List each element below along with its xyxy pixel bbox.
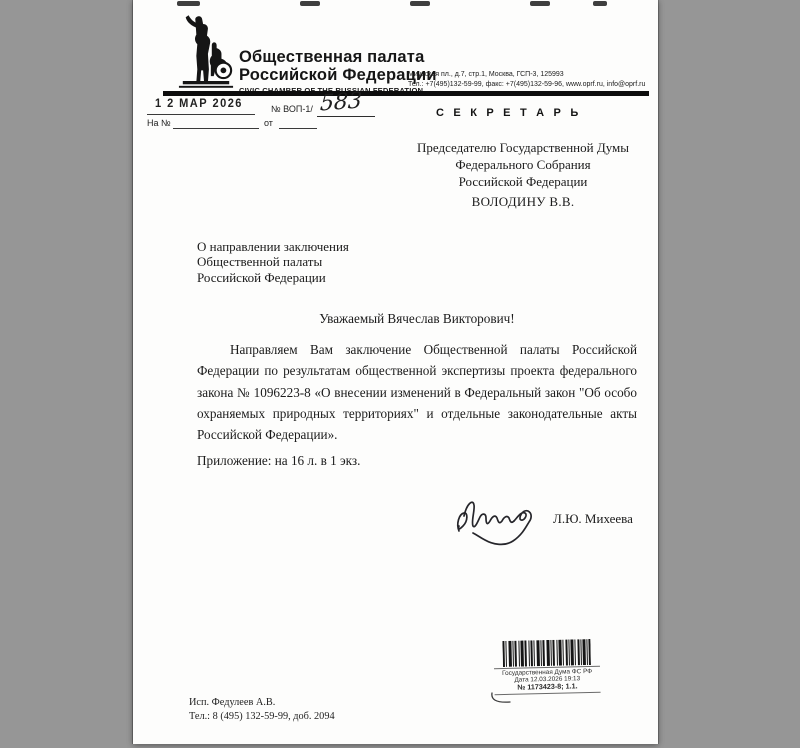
outgoing-number-prefix: № ВОП-1/ <box>271 104 313 114</box>
secretary-title: С Е К Р Е Т А Р Ь <box>436 107 581 119</box>
scan-artifact <box>177 1 200 6</box>
addressee-line: Федерального Собрания <box>395 156 651 173</box>
number-line <box>317 116 375 117</box>
letter-page: Общественная палата Российской Федерации… <box>133 0 658 744</box>
subject-block: О направлении заключения Общественной па… <box>197 239 349 285</box>
executor-phone: Тел.: 8 (495) 132-59-99, доб. 2094 <box>189 710 335 724</box>
addressee-block: Председателю Государственной Думы Федера… <box>395 139 651 190</box>
body-line: охраняемых природных территориях" и отде… <box>197 403 637 424</box>
body-line: Направляем Вам заключение Общественной п… <box>197 339 637 360</box>
incoming-date-stamp: 1 2 МАР 2026 <box>155 98 243 110</box>
scanned-letter-screenshot: { "colors": { "background": "#969696", "… <box>0 0 800 748</box>
subject-line: Общественной палаты <box>197 254 349 269</box>
duma-registration-stamp: Государственная Дума ФС РФ Дата 12.03.20… <box>493 639 600 696</box>
reply-date-line <box>279 128 317 129</box>
reply-from-label: от <box>264 118 273 128</box>
body-line: Федерации по результатам общественной эк… <box>197 360 637 381</box>
reply-number-label: На № <box>147 118 171 128</box>
org-name-ru-line1: Общественная палата <box>239 49 437 67</box>
subject-line: Российской Федерации <box>197 270 349 285</box>
attachment-note: Приложение: на 16 л. в 1 экз. <box>197 453 360 469</box>
body-line: закона № 1096223-8 «О внесении изменений… <box>197 382 637 403</box>
scan-artifact <box>530 1 550 6</box>
subject-line: О направлении заключения <box>197 239 349 254</box>
pen-check-mark-icon <box>489 692 515 705</box>
salutation: Уважаемый Вячеслав Викторович! <box>197 311 637 327</box>
scan-artifact <box>410 1 430 6</box>
scan-artifact <box>593 1 607 6</box>
executor-block: Исп. Федулеев А.В. Тел.: 8 (495) 132-59-… <box>189 696 335 723</box>
body-paragraph: Направляем Вам заключение Общественной п… <box>197 339 637 445</box>
org-address: Миусская пл., д.7, стр.1, Москва, ГСП-3,… <box>408 70 645 80</box>
addressee-line: Российской Федерации <box>395 173 651 190</box>
handwritten-signature-icon <box>451 490 549 548</box>
reply-number-line <box>173 128 259 129</box>
addressee-name: ВОЛОДИНУ В.В. <box>395 194 651 210</box>
executor-name: Исп. Федулеев А.В. <box>189 696 335 710</box>
org-contact-block: Миусская пл., д.7, стр.1, Москва, ГСП-3,… <box>408 70 645 89</box>
barcode-icon <box>502 639 591 667</box>
addressee-line: Председателю Государственной Думы <box>395 139 651 156</box>
civic-chamber-logo-icon <box>177 15 235 89</box>
signer-name: Л.Ю. Михеева <box>553 511 633 527</box>
body-line: Российской Федерации». <box>197 424 637 445</box>
header-divider <box>163 91 649 96</box>
outgoing-number-handwritten: 583 <box>319 88 363 116</box>
date-line <box>147 114 255 115</box>
org-phone-web: Тел.: +7(495)132-59-99, факс: +7(495)132… <box>408 80 645 90</box>
scan-artifact <box>300 1 320 6</box>
